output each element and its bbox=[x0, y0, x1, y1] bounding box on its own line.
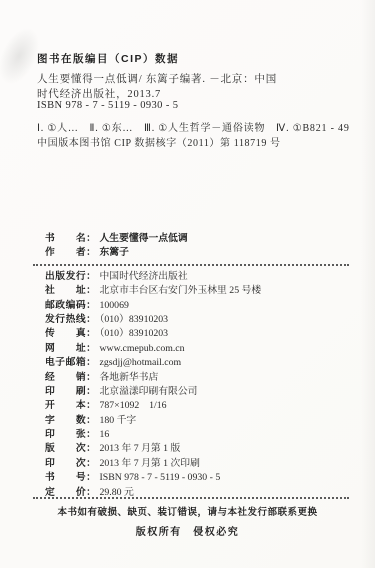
info-row-edition: 版 次：2013 年 7 月第 1 版 bbox=[45, 442, 349, 456]
cip-publisher-line: 时代经济出版社，2013.7 bbox=[37, 86, 161, 101]
info-label: 印 次： bbox=[45, 458, 96, 469]
info-label: 版 次： bbox=[45, 443, 96, 454]
info-label: 社 址： bbox=[45, 285, 96, 296]
info-value: 中国时代经济出版社 bbox=[99, 271, 187, 282]
cip-record-number-line: 中国版本图书馆 CIP 数据核字（2011）第 118719 号 bbox=[37, 134, 281, 149]
copyright-statement: 版权所有 侵权必究 bbox=[0, 523, 375, 538]
info-row-title: 书 名：人生要懂得一点低调 bbox=[45, 232, 349, 246]
damage-replacement-notice: 本书如有破损、缺页、装订错误，请与本社发行部联系更换 bbox=[0, 504, 375, 518]
info-label: 发行热线： bbox=[45, 314, 96, 325]
copyright-page: 图书在版编目（CIP）数据 人生要懂得一点低调/ 东篱子编著. －北京：中国 时… bbox=[0, 0, 375, 568]
info-value: 100069 bbox=[99, 300, 128, 311]
info-row-address: 社 址：北京市丰台区右安门外玉林里 25 号楼 bbox=[45, 284, 349, 298]
info-label: 定 价： bbox=[45, 487, 96, 498]
info-label: 字 数： bbox=[45, 415, 96, 426]
info-value: 2013 年 7 月第 1 版 bbox=[99, 443, 180, 454]
footer-dotted-separator bbox=[33, 497, 349, 499]
cip-header: 图书在版编目（CIP）数据 bbox=[37, 51, 179, 66]
cip-classification-line: Ⅰ. ①人… Ⅱ. ①东… Ⅲ. ①人生哲学－通俗读物 Ⅳ. ①B821 - 4… bbox=[37, 119, 350, 134]
info-label: 印 张： bbox=[45, 429, 96, 440]
info-value: （010）83910203 bbox=[99, 328, 168, 339]
info-value: www.cmepub.com.cn bbox=[99, 343, 184, 354]
scan-edge-shadow bbox=[361, 0, 375, 568]
info-row-printing: 印 刷：北京溢漾印刷有限公司 bbox=[45, 385, 349, 399]
info-label: 书 名： bbox=[45, 233, 96, 244]
info-row-format: 开 本：787×1092 1/16 bbox=[45, 399, 349, 413]
info-label: 电子邮箱： bbox=[45, 357, 96, 368]
info-value: 北京溢漾印刷有限公司 bbox=[99, 386, 197, 397]
info-label: 书 号： bbox=[45, 472, 96, 483]
info-label: 开 本： bbox=[45, 400, 96, 411]
info-label: 出版发行： bbox=[45, 271, 96, 282]
info-value: 人生要懂得一点低调 bbox=[99, 233, 187, 244]
info-label: 印 刷： bbox=[45, 386, 96, 397]
info-row-distribution: 经 销：各地新华书店 bbox=[45, 371, 349, 385]
dotted-separator bbox=[33, 264, 349, 266]
info-row-website: 网 址：www.cmepub.com.cn bbox=[45, 342, 349, 356]
info-row-author: 作 者：东篱子 bbox=[45, 246, 349, 260]
info-row-publisher: 出版发行：中国时代经济出版社 bbox=[45, 270, 349, 284]
info-value: 787×1092 1/16 bbox=[99, 400, 166, 411]
cip-isbn-line: ISBN 978 - 7 - 5119 - 0930 - 5 bbox=[37, 100, 178, 111]
info-value: 16 bbox=[99, 429, 109, 440]
info-value: 2013 年 7 月第 1 次印刷 bbox=[99, 458, 199, 469]
info-row-postcode: 邮政编码：100069 bbox=[45, 299, 349, 313]
info-row-isbn: 书 号：ISBN 978 - 7 - 5119 - 0930 - 5 bbox=[45, 471, 349, 485]
info-value: 北京市丰台区右安门外玉林里 25 号楼 bbox=[99, 285, 261, 296]
info-row-wordcount: 字 数：180 千字 bbox=[45, 414, 349, 428]
info-value: 29.80 元 bbox=[99, 487, 133, 498]
info-label: 传 真： bbox=[45, 328, 96, 339]
info-value: 180 千字 bbox=[99, 415, 136, 426]
info-label: 网 址： bbox=[45, 343, 96, 354]
info-row-fax: 传 真：（010）83910203 bbox=[45, 327, 349, 341]
publication-info-block: 书 名：人生要懂得一点低调 作 者：东篱子 出版发行：中国时代经济出版社 社 址… bbox=[45, 232, 349, 500]
info-value: zgsdjj@hotmail.com bbox=[99, 357, 181, 368]
info-label: 作 者： bbox=[45, 247, 96, 258]
info-value: ISBN 978 - 7 - 5119 - 0930 - 5 bbox=[99, 472, 220, 483]
info-value: 各地新华书店 bbox=[99, 372, 158, 383]
info-label: 经 销： bbox=[45, 372, 96, 383]
info-row-hotline: 发行热线：（010）83910203 bbox=[45, 313, 349, 327]
info-row-impression: 印 次：2013 年 7 月第 1 次印刷 bbox=[45, 457, 349, 471]
info-row-email: 电子邮箱：zgsdjj@hotmail.com bbox=[45, 356, 349, 370]
cip-title-line: 人生要懂得一点低调/ 东篱子编著. －北京：中国 bbox=[37, 71, 277, 86]
info-row-sheets: 印 张：16 bbox=[45, 428, 349, 442]
info-value: （010）83910203 bbox=[99, 314, 168, 325]
info-label: 邮政编码： bbox=[45, 300, 96, 311]
info-value: 东篱子 bbox=[99, 247, 128, 258]
